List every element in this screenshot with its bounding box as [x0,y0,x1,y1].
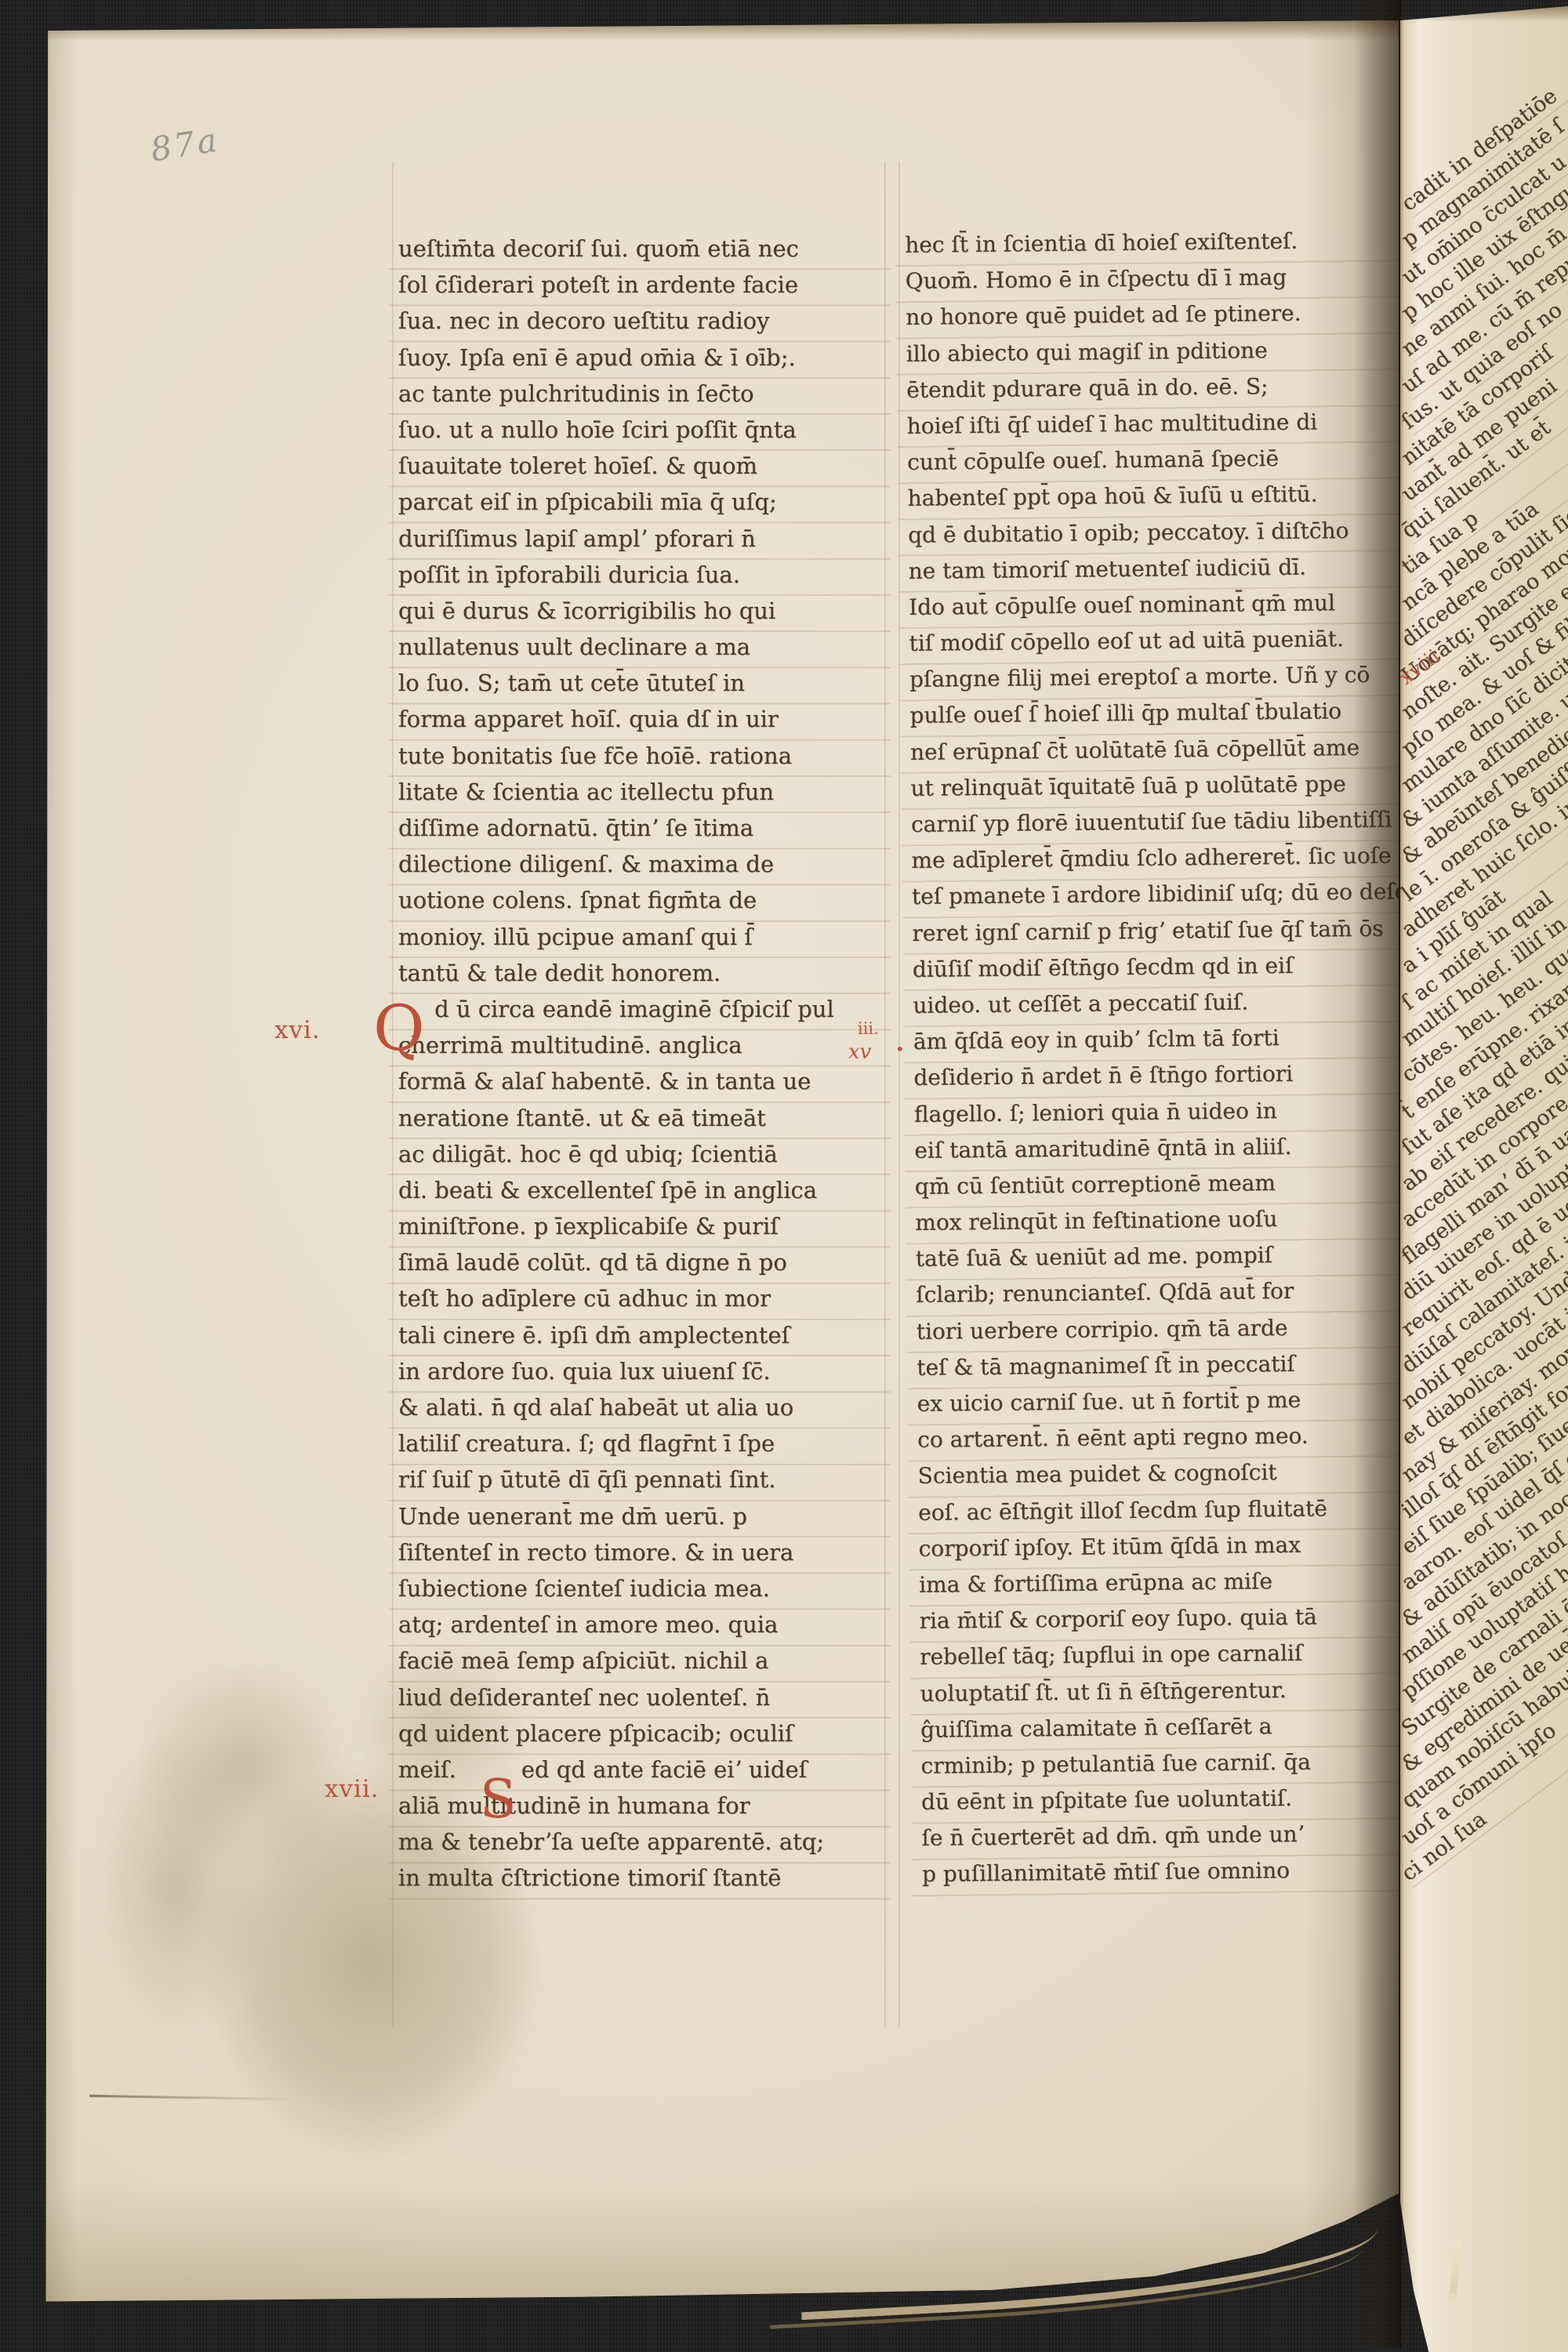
text-line: qui ē durus & īcorrigibilis ho qui [398,593,883,629]
text-line: ma & tenebrʼſa ueſte apparentē. atq; [398,1824,883,1860]
manuscript-left-page: 87a ueſtim̄ta decoriſ ſui. quom̄ etiā n… [44,20,1399,2318]
text-line: atq; ardenteſ in amore meo. quia [398,1606,883,1642]
text-line: diſſime adornatū. q̄tinʼ ſe ītima [398,810,883,846]
text-line: nullatenus uult declinare a ma [398,629,883,665]
text-line: ac diligāt. hoc ē qd ubiq; ſcientiā [398,1136,883,1172]
text-line: teſt ho adīplere cū adhuc in mor [398,1280,883,1316]
text-line: duriſſimus lapiſ amplʼ pforari n̄ [398,521,883,557]
text-line: liud deſideranteſ nec uolenteſ. n̄ [398,1679,883,1715]
manuscript-photo: 87a ueſtim̄ta decoriſ ſui. quom̄ etiā n… [0,0,1568,2352]
text-line: ſua. nec in decoro ueſtitu radioy [398,303,883,339]
text-line: miniſtr̄one. p īexplicabiſe & puriſ [398,1208,883,1244]
text-line: ſimā laudē colūt. qd tā digne n̄ po [398,1244,883,1280]
manuscript-right-page-sliver: xviii. cadit in deſpatiōep magnanimitat… [1400,6,1568,2352]
left-text-column: ueſtim̄ta decoriſ ſui. quom̄ etiā necſo… [398,230,883,1896]
text-line: forma apparet hoīſ. quia dſ in uir [398,701,883,737]
text-line: & alati. n̄ qd alaſ habeāt ut alia uo [398,1389,883,1425]
text-line: meiſ. ed qd ante faciē eiʼ uideſ [398,1751,883,1788]
text-line: ſiſtenteſ in recto timore. & in uera [398,1534,883,1570]
folio-number-pencil: 87a [148,120,222,169]
text-line: Unde uenerant̄ me dm̄ uerū. p [398,1498,883,1534]
marginal-reference-iii: iii. [858,1019,879,1038]
text-line: uotione colens. ſpnat figm̄ta de [398,882,883,918]
text-line: tantū & tale dedit honorem. [398,955,883,991]
text-line: di. beati & excellenteſ ſpē in anglica [398,1172,883,1208]
text-line: neratione ſtantē. ut & eā timeāt [398,1100,883,1136]
text-line: faciē meā ſemp aſpiciūt. nichil a [398,1642,883,1679]
chapter-number-xvi: xvi. [274,1016,321,1044]
text-line: ſuoy. Ipſa enī ē apud om̄ia & ī oīb;… [398,339,883,376]
ruling-vertical [392,162,394,2027]
text-line: ſuauitate toleret hoīeſ. & quom̄ [398,448,883,484]
red-initial-s: S [480,1773,517,1827]
text-line: ſol c̄ſiderari poteſt in ardente facie [398,267,883,303]
chapter-number-xvii: xvii. [325,1775,379,1803]
text-line: qd uident placere pſpicacib; oculiſ [398,1715,883,1751]
text-line: ac tante pulchritudinis in ſec̄to [398,376,883,412]
text-line: poſſit in īpforabili duricia ſua. [398,557,883,593]
text-line: aliā multitudinē in humana for [398,1788,883,1824]
parchment-margin-stain [89,1667,309,2106]
text-line: lo ſuo. S; tam̄ ut cet̄e ūtuteſ in [398,665,883,701]
ruling-vertical [898,162,900,2027]
text-line: ſuo. ut a nullo hoīe ſciri poſſit q̄nta [398,412,883,448]
text-line: ſubiectione ſcienteſ iudicia mea. [398,1570,883,1606]
parchment-crack [89,2095,293,2101]
text-line: formā & alaſ habentē. & in tanta ue [398,1063,883,1099]
ruling-vertical [884,162,886,2027]
text-line: cherrimā multitudinē. anglica [398,1027,883,1063]
text-line: parcat eiſ in pſpicabili mīa q̄ uſq; [398,484,883,520]
text-line: d ū circa eandē imaginē c̄ſpiciſ pul [398,991,883,1027]
text-line: monioy. illū pcipue amanſ qui ſ̄ [398,919,883,955]
text-line: ueſtim̄ta decoriſ ſui. quom̄ etiā nec [398,230,883,267]
text-line: latiliſ creatura. ſ; qd flagr̄nt ī ſpe [398,1425,883,1461]
text-line: litate & ſcientia ac itellectu pfun [398,774,883,810]
text-line: in multa c̄ſtrictione timoriſ ſtantē [398,1860,883,1896]
text-line: dilectione diligenſ. & maxima de [398,846,883,882]
text-line: in ardore ſuo. quia lux uiuenſ ſc̄. [398,1353,883,1389]
text-line: riſ ſuiſ p ūtutē dī q̄ſi pennati ſint… [398,1461,883,1497]
marginal-reference-xv: xv [848,1040,871,1064]
red-initial-q: Q [372,996,426,1061]
red-paragraph-dot: • [895,1040,905,1058]
text-line: tute bonitatis ſue fc̄e hoīē. rationa [398,738,883,774]
gutter-shadow [1353,0,1402,2348]
text-line: tali cinere ē. ipſi dm̄ amplectenteſ [398,1317,883,1353]
